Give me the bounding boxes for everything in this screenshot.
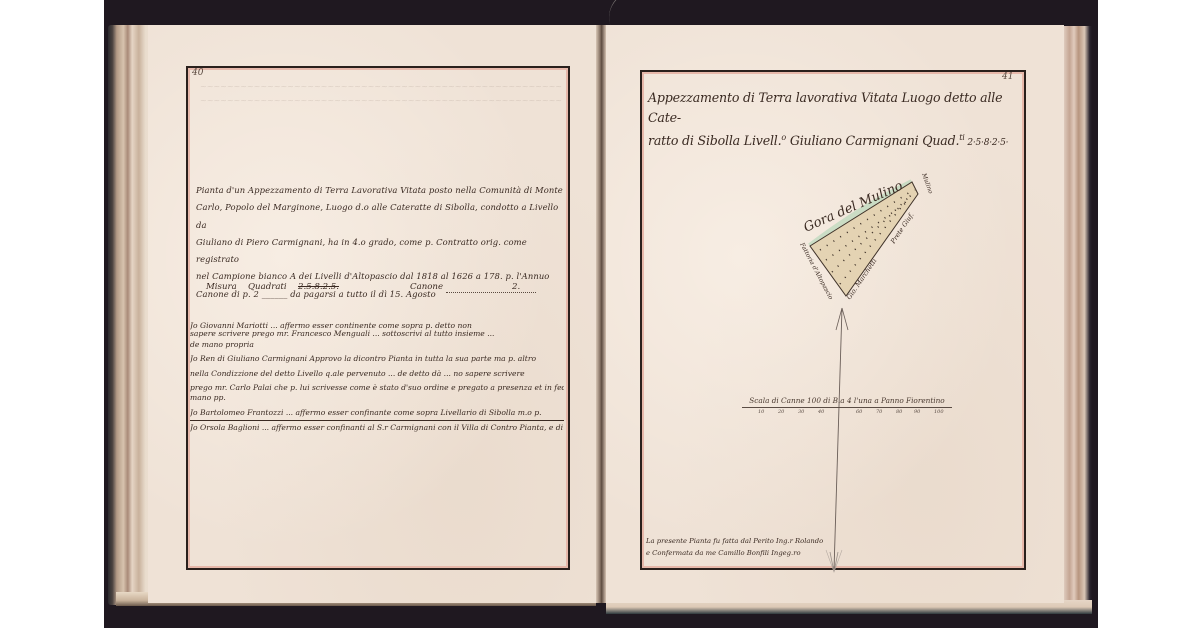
footnote-line: La presente Pianta fu fatta dal Perito I… [646,535,866,547]
title-part: ratto di Sibolla Livell. [648,133,781,148]
right-page-number: 41 [1002,72,1013,82]
scale-tick: 10 [758,409,764,415]
left-page-number: 40 [192,68,203,78]
scale-bar: Scala di Canne 100 di B.a 4 l'una a Pann… [742,396,952,418]
description-line: Pianta d'un Appezzamento di Terra Lavora… [196,182,564,199]
parcel-title: Appezzamento di Terra lavorativa Vitata … [648,88,1016,153]
scale-tick: 90 [914,409,920,415]
bleed-through-text: ~~~~~~~~~~~~~~~~~~~~~~~~~~~~~~~~~~~~~~~~… [200,80,550,108]
measure-label: Misura [206,282,237,292]
scale-tick: 40 [818,409,824,415]
parcel-map: Gora del Mulino Fattoria d'Altopascio Gi… [760,160,960,580]
scale-ruler: 10 20 30 40 60 70 80 90 100 [742,407,952,418]
right-page-stack-edge [1062,26,1092,614]
canone-value: 2. [512,282,520,292]
canone-dots [446,282,536,293]
scale-tick: 60 [856,409,862,415]
left-page-frame [186,66,570,570]
description-line: Giuliano di Piero Carmignani, ha in 4.o … [196,234,564,269]
description-line: Carlo, Popolo del Marginone, Luogo d.o a… [196,199,564,234]
book-gutter [596,25,606,603]
note-line: Jo Ren di Giuliano Carmignani Approvo la… [190,352,564,366]
scale-tick: 100 [934,409,944,415]
title-line-2: ratto di Sibolla Livell.o Giuliano Carmi… [648,128,1016,153]
quadrati-value: 2·5·8·2·5· [965,138,1009,148]
note-line: prego mr. Carlo Palai che p. lui scrives… [190,381,564,395]
left-page-stack-edge [108,25,152,605]
meridian-line [834,308,842,570]
footnote-line: e Confermata da me Camillo Bonfili Ingeg… [646,547,866,559]
scale-tick: 20 [778,409,784,415]
scale-label: Scala di Canne 100 di B.a 4 l'una a Pann… [742,396,952,405]
label-east: Mulino [920,171,934,195]
canone-label: Canone [410,282,443,292]
scale-tick: 80 [896,409,902,415]
title-line-1: Appezzamento di Terra lavorativa Vitata … [648,88,1016,128]
note-line: nella Condizzione del detto Livello q.al… [190,367,564,381]
surveyor-attestation: La presente Pianta fu fatta dal Perito I… [646,535,866,559]
scale-tick: 70 [876,409,882,415]
signatures-notes: Jo Giovanni Mariotti ... affermo esser c… [190,319,564,436]
quadrati-value: 2.5.8.2.5. [298,282,339,292]
quadrati-label: Quadrati [248,282,287,292]
scale-tick: 30 [798,409,804,415]
note-line: Jo Bartolomeo Frantozzi ... affermo esse… [190,406,564,421]
title-part: Giuliano Carmignani Quad. [786,133,959,148]
note-line: Jo Orsola Baglioni ... affermo esser con… [190,421,564,435]
